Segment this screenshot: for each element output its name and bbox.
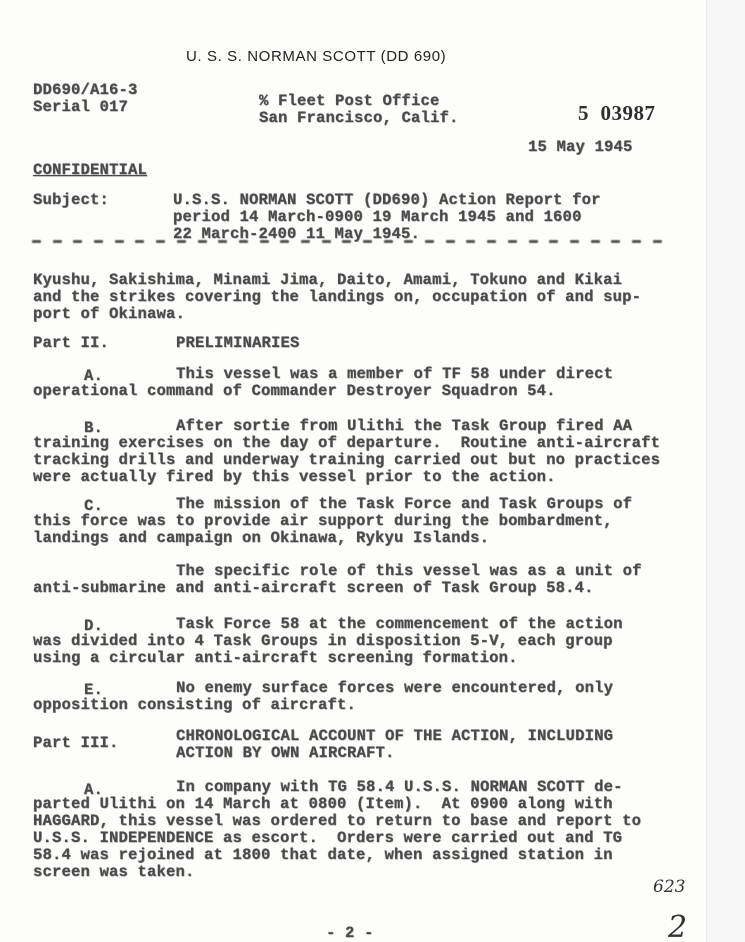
paragraph-text: No enemy surface forces were encountered…: [176, 680, 613, 697]
title-line: CHRONOLOGICAL ACCOUNT OF THE ACTION, INC…: [176, 727, 613, 745]
file-reference: DD690/A16-3 Serial 017: [33, 82, 138, 116]
text-line: 58.4 was rejoined at 1800 that date, whe…: [33, 846, 613, 864]
part-2-label: Part II.: [33, 335, 109, 352]
subject-label: Subject:: [33, 192, 109, 209]
classification-label: CONFIDENTIAL: [33, 162, 147, 179]
paragraph-text: In company with TG 58.4 U.S.S. NORMAN SC…: [176, 779, 623, 796]
page-number: - 2 -: [326, 925, 374, 942]
text-line: using a circular anti-aircraft screening…: [33, 649, 518, 667]
text-line: this force was to provide air support du…: [33, 512, 613, 530]
text-line: landings and campaign on Okinawa, Rykyu …: [33, 529, 489, 547]
address-line: % Fleet Post Office: [259, 92, 440, 110]
text-line: parted Ulithi on 14 March at 0800 (Item)…: [33, 795, 613, 813]
document-stamp-number: 5 03987: [578, 101, 656, 126]
dashed-separator: [32, 236, 662, 246]
document-page: U. S. S. NORMAN SCOTT (DD 690) DD690/A16…: [0, 0, 706, 942]
paragraph-text: Task Force 58 at the commencement of the…: [176, 616, 623, 633]
paragraph-text: anti-submarine and anti-aircraft screen …: [33, 580, 594, 597]
text-line: were actually fired by this vessel prior…: [33, 468, 556, 486]
address-block: % Fleet Post Office San Francisco, Calif…: [259, 93, 459, 127]
text-line: training exercises on the day of departu…: [33, 434, 660, 452]
address-line: San Francisco, Calif.: [259, 109, 459, 127]
subject-line: period 14 March-0900 19 March 1945 and 1…: [173, 208, 582, 226]
text-line: Kyushu, Sakishima, Minami Jima, Daito, A…: [33, 271, 622, 289]
serial-number: Serial 017: [33, 98, 128, 116]
scan-edge: [706, 0, 745, 942]
file-reference-code: DD690/A16-3: [33, 81, 138, 99]
paragraph-text: training exercises on the day of departu…: [33, 435, 660, 486]
text-line: was divided into 4 Task Groups in dispos…: [33, 632, 613, 650]
paragraph-text: The specific role of this vessel was as …: [176, 563, 642, 580]
text-line: HAGGARD, this vessel was ordered to retu…: [33, 812, 641, 830]
paragraph-text: was divided into 4 Task Groups in dispos…: [33, 633, 613, 667]
text-line: tracking drills and underway training ca…: [33, 451, 660, 469]
subject-line: U.S.S. NORMAN SCOTT (DD690) Action Repor…: [173, 191, 601, 209]
paragraph-text: After sortie from Ulithi the Task Group …: [176, 418, 632, 435]
intro-paragraph: Kyushu, Sakishima, Minami Jima, Daito, A…: [33, 272, 641, 323]
handwritten-note: 2: [668, 910, 687, 942]
paragraph-text: this force was to provide air support du…: [33, 513, 613, 547]
text-line: and the strikes covering the landings on…: [33, 288, 641, 306]
part-3-title: CHRONOLOGICAL ACCOUNT OF THE ACTION, INC…: [176, 728, 613, 762]
title-line: ACTION BY OWN AIRCRAFT.: [176, 744, 395, 762]
document-date: 15 May 1945: [528, 139, 633, 156]
paragraph-text: operational command of Commander Destroy…: [33, 383, 556, 400]
part-3-label: Part III.: [33, 735, 119, 752]
text-line: port of Okinawa.: [33, 305, 185, 323]
handwritten-note: 623: [653, 877, 685, 897]
paragraph-text: parted Ulithi on 14 March at 0800 (Item)…: [33, 796, 641, 881]
text-line: screen was taken.: [33, 863, 195, 881]
paragraph-text: opposition consisting of aircraft.: [33, 697, 356, 714]
letterhead: U. S. S. NORMAN SCOTT (DD 690): [186, 48, 446, 65]
paragraph-text: This vessel was a member of TF 58 under …: [176, 366, 613, 383]
part-2-title: PRELIMINARIES: [176, 335, 300, 352]
text-line: U.S.S. INDEPENDENCE as escort. Orders we…: [33, 829, 622, 847]
paragraph-text: The mission of the Task Force and Task G…: [176, 496, 632, 513]
